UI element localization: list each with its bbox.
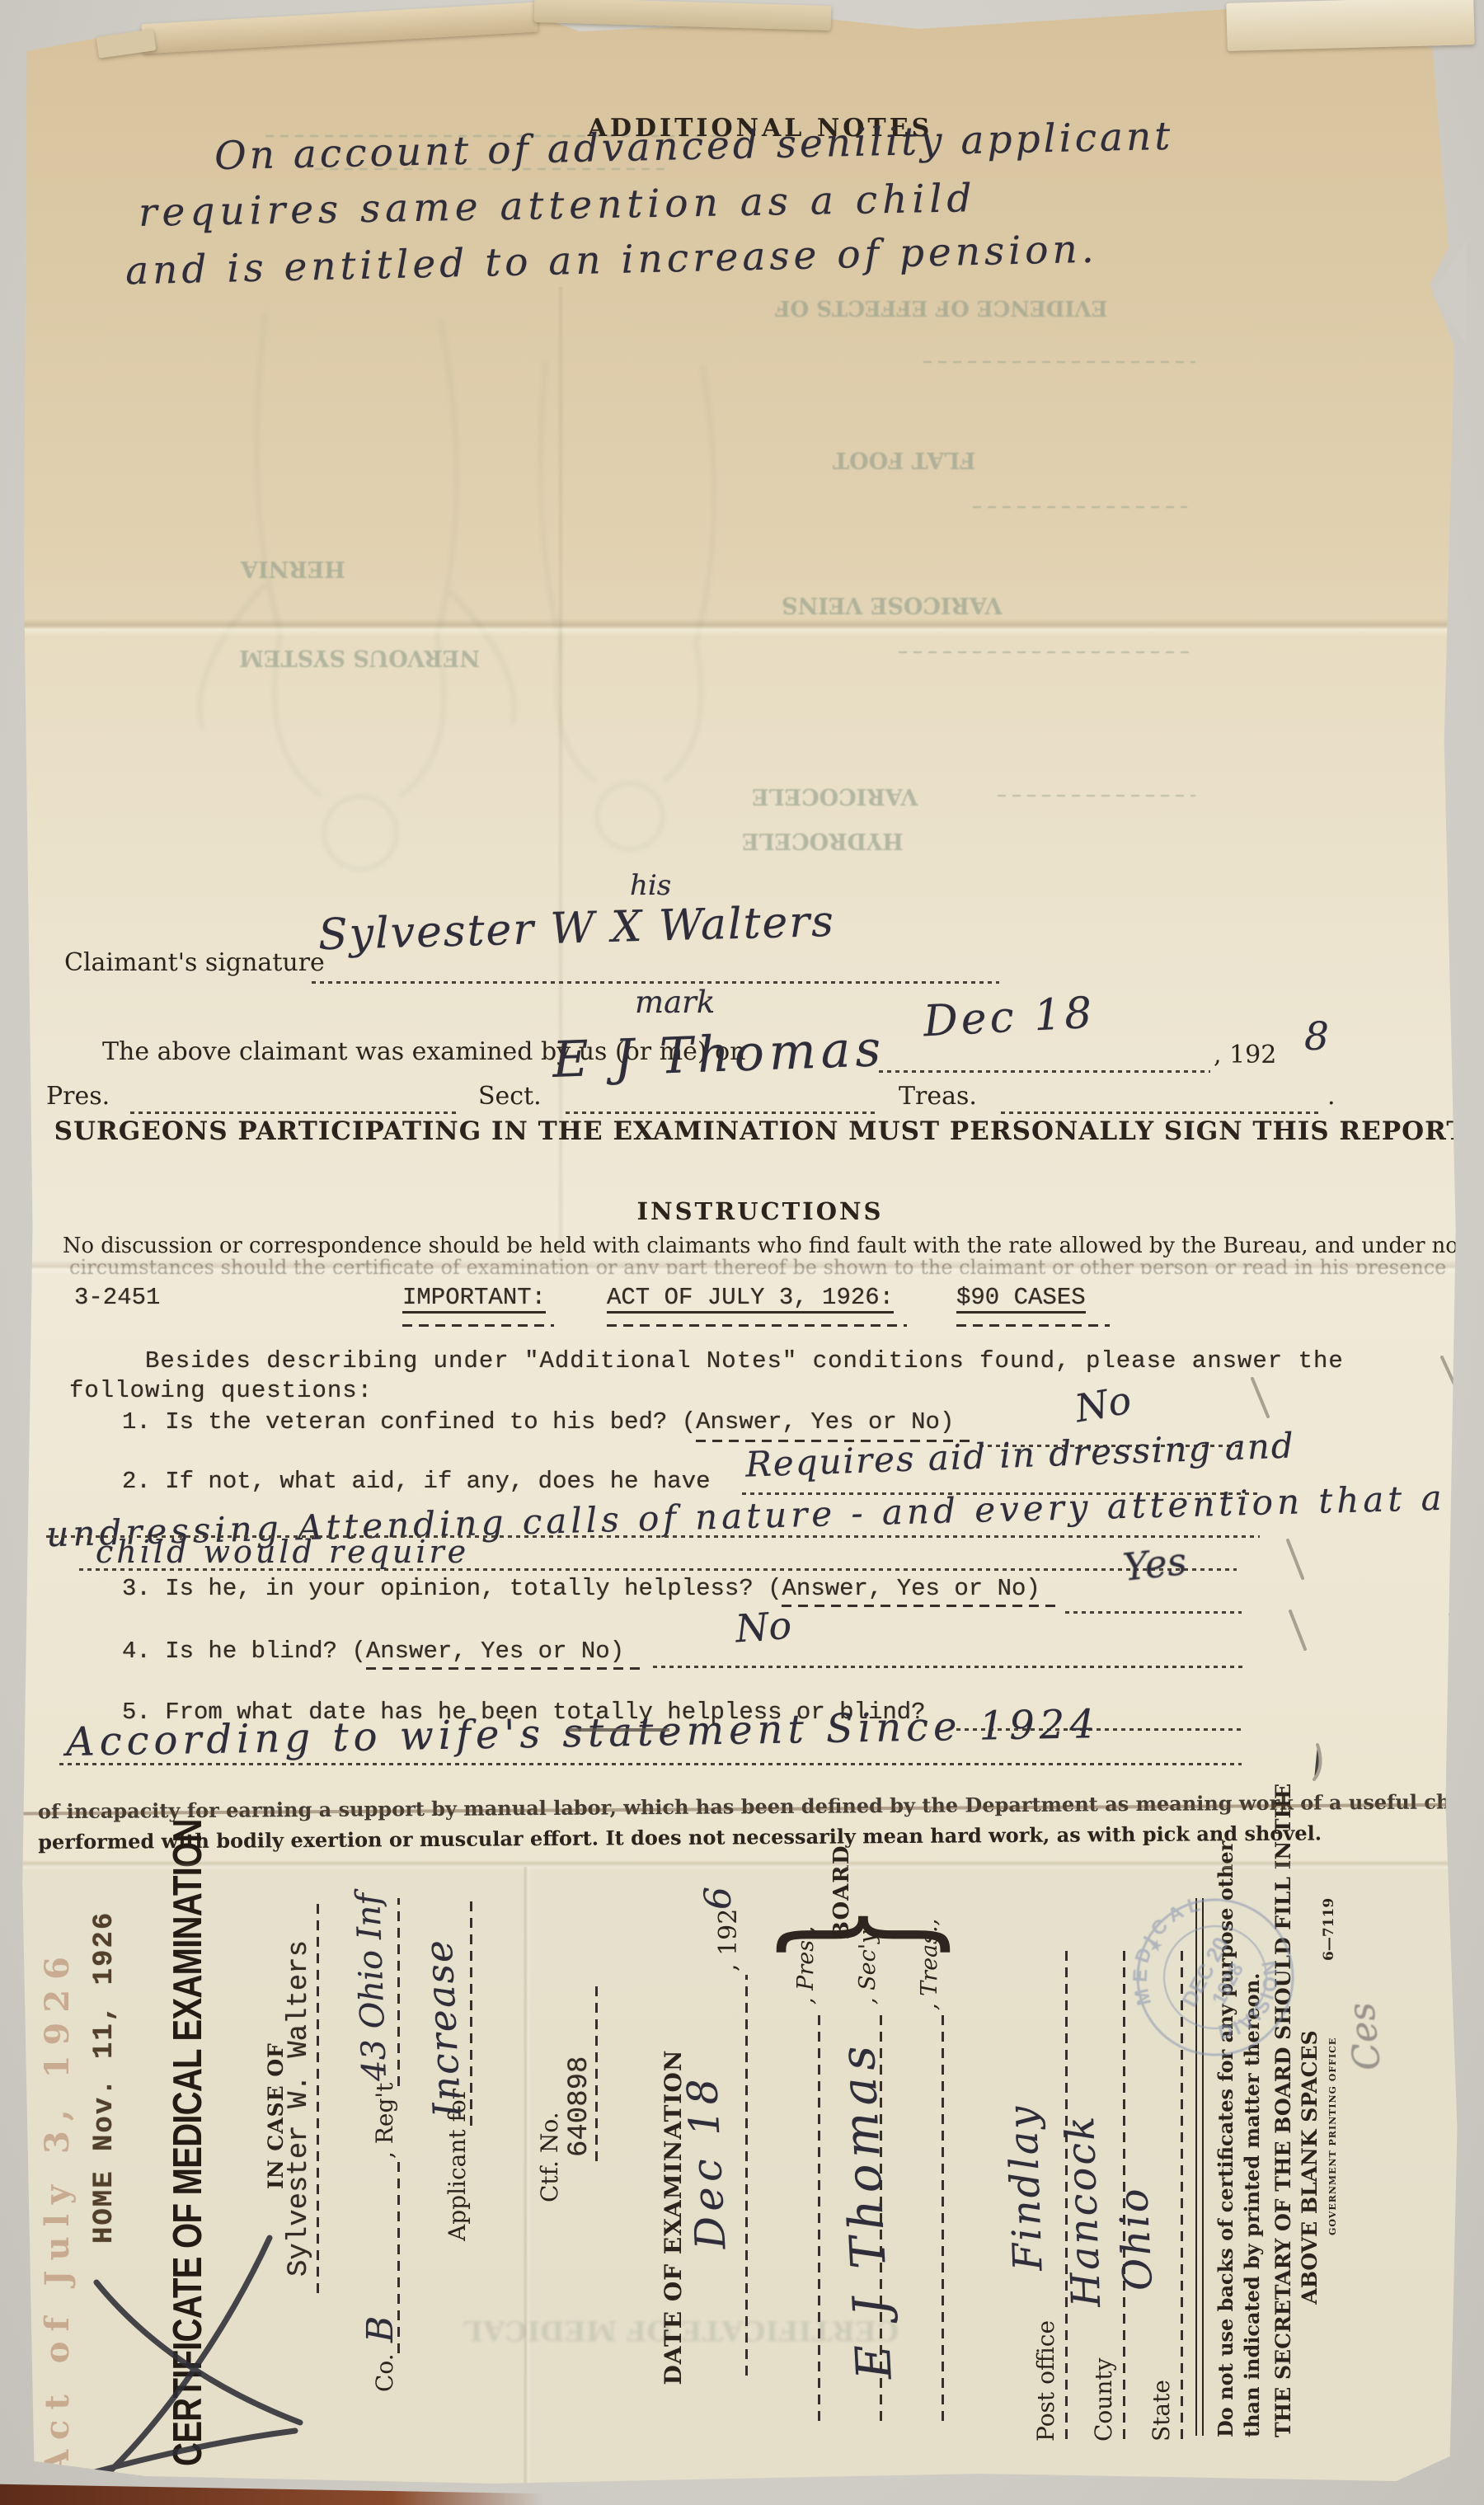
pencil-check-marks (1252, 1357, 1467, 1779)
bleed-text: VARICOCELE (752, 783, 918, 809)
co-label: Co. (371, 2353, 398, 2392)
answer-3-line (1065, 1611, 1242, 1614)
co-handwriting: B (359, 2316, 402, 2343)
bleed-text: HYDROCELE (742, 828, 904, 853)
board-brace: } (763, 1904, 945, 1964)
answer-5-line-2 (59, 1763, 1242, 1765)
cert-date-line (745, 1975, 748, 2376)
scanned-document-photo: EVIDENCE OF EFFECTS OF FLAT FOOT VARICOS… (0, 0, 1484, 2505)
answer-2-handwriting-3: child would require (96, 1534, 469, 1570)
his-annotation: his (630, 869, 671, 902)
treas-line (1001, 1112, 1321, 1114)
signature-dotted-line (312, 981, 999, 984)
tape-remnant (1226, 0, 1474, 51)
answer-hint-underline (366, 1667, 643, 1670)
gpo-imprint: GOVERNMENT PRINTING OFFICE (1327, 2037, 1338, 2235)
cert-year-prefix: , 192 (714, 1909, 743, 1972)
state-label: State (1148, 2380, 1175, 2442)
treas-label: Treas. (899, 1082, 977, 1111)
co-line (397, 2162, 400, 2353)
intro-line1: Besides describing under "Additional Not… (145, 1347, 1344, 1375)
question-4: 4. Is he blind? (Answer, Yes or No) (122, 1638, 624, 1665)
exam-date-dotted-line (879, 1070, 1210, 1073)
claimant-signature-handwriting: Sylvester W X Walters (317, 897, 835, 960)
bleed-text: EVIDENCE OF EFFECTS OF (775, 295, 1108, 320)
answer-4-handwriting: No (734, 1603, 793, 1652)
instructions-heading: INSTRUCTIONS (18, 1197, 1484, 1225)
surgeons-must-sign-line: SURGEONS PARTICIPATING IN THE EXAMINATIO… (18, 1116, 1484, 1146)
county-label: County (1090, 2358, 1117, 2442)
underline-dashes (402, 1324, 554, 1327)
regt-label: , Reg't (371, 2083, 398, 2159)
bleed-line (899, 651, 1195, 653)
cert-year-handwriting: 6 (697, 1887, 740, 1910)
claimant-signature-label: Claimant's signature (64, 948, 325, 977)
pres-sign-line (818, 2009, 820, 2421)
medical-division-stamp: MEDICAL DIVISION DEC 20 1928 ★ (1129, 1891, 1302, 2064)
applicant-for-handwriting: Increase (416, 1938, 469, 2119)
board-label: BOARD (829, 1845, 854, 1939)
certificate-panel: Act of July 3, 1926 HOME Nov. 11, 1926 C… (43, 1867, 1477, 2487)
post-office-label: Post office (1032, 2320, 1059, 2442)
treas-period: . (1327, 1082, 1336, 1111)
regt-line (397, 1898, 400, 2086)
ctf-no-value: 640898 (564, 2056, 595, 2157)
cert-date-handwriting: Dec 18 (678, 2072, 735, 2250)
sect-line (566, 1112, 877, 1114)
answer-hint-underline (782, 1605, 1059, 1607)
year-digit-handwriting: 8 (1304, 1014, 1329, 1060)
notes-handwriting-line3: and is entitled to an increase of pensio… (125, 227, 1099, 294)
treas-sign-line (942, 2009, 944, 2421)
form-code: 6—7119 (1321, 1898, 1337, 1961)
cert-claimant-name: Sylvester W. Walters (284, 1940, 315, 2277)
question-2: 2. If not, what aid, if any, does he hav… (122, 1468, 711, 1495)
fine-print-block: of incapacity for earning a support by m… (38, 1789, 1484, 1854)
bleed-text: NERVOUS SYSTEM (239, 645, 480, 670)
bleed-line (923, 361, 1195, 363)
notes-handwriting-line2: requires same attention as a child (139, 176, 977, 236)
home-date-stamp: HOME Nov. 11, 1926 (89, 1911, 120, 2244)
board-secy-signature: E J Thomas (829, 2038, 903, 2381)
exam-date-handwriting: Dec 18 (923, 989, 1097, 1047)
ctf-line (595, 1985, 598, 2161)
answer-3-handwriting: Yes (1120, 1539, 1188, 1590)
answer-1-handwriting: No (1072, 1378, 1134, 1431)
fine-print-line2: performed with bodily exertion or muscul… (38, 1820, 1484, 1854)
vertical-crease (523, 1867, 531, 2487)
applicant-line (470, 1900, 472, 2126)
document-paper: EVIDENCE OF EFFECTS OF FLAT FOOT VARICOS… (18, 7, 1466, 2489)
vertical-crease (557, 287, 564, 1260)
ninety-dollar-cases-label: $90 CASES (956, 1284, 1086, 1314)
post-office-handwriting: Findlay (999, 2103, 1051, 2272)
answer-2-line-3 (79, 1568, 1237, 1571)
bleed-line (973, 506, 1187, 508)
pres-label: Pres. (46, 1082, 110, 1111)
important-label: IMPORTANT: (402, 1284, 546, 1314)
question-3: 3. Is he, in your opinion, totally helpl… (122, 1575, 1040, 1602)
bleed-text: HERNIA (241, 556, 345, 581)
bleed-text: FLAT FOOT (833, 447, 975, 472)
underline-dashes (607, 1324, 907, 1327)
intro-line2: following questions: (69, 1377, 373, 1404)
state-handwriting: Ohio (1111, 2185, 1162, 2291)
mark-annotation: mark (635, 985, 715, 1020)
regt-handwriting: 43 Ohio Inf (350, 1892, 394, 2082)
sect-signature-handwriting: E J Thomas (552, 1020, 886, 1089)
pres-line (130, 1112, 457, 1114)
county-handwriting: Hancock (1057, 2113, 1110, 2308)
pencil-scribble: Ces (1341, 2000, 1389, 2072)
underline-dashes (956, 1324, 1110, 1327)
year-prefix: , 192 (1214, 1041, 1276, 1069)
form-number: 3-2451 (74, 1284, 160, 1311)
certificate-title: CERTIFICATE OF MEDICAL EXAMINATION (165, 1819, 211, 2466)
fine-print-line1: of incapacity for earning a support by m… (38, 1789, 1484, 1824)
act-stamp: Act of July 3, 1926 (38, 1947, 77, 2475)
sect-label: Sect. (478, 1082, 542, 1111)
answer-4-line (653, 1666, 1245, 1668)
cert-name-line (317, 1897, 319, 2293)
question-1: 1. Is the veteran confined to his bed? (… (122, 1408, 954, 1436)
bleed-text: VARICOSE VEINS (782, 592, 1003, 618)
ctf-no-label: Ctf. No. (536, 2112, 563, 2202)
torn-paper-strip (534, 0, 832, 31)
instructions-line2-faded: circumstances should the certificate of … (69, 1256, 1446, 1274)
act-of-july-label: ACT OF JULY 3, 1926: (607, 1284, 894, 1314)
bleed-line (998, 795, 1195, 797)
instructions-line1: No discussion or correspondence should b… (63, 1234, 1458, 1258)
